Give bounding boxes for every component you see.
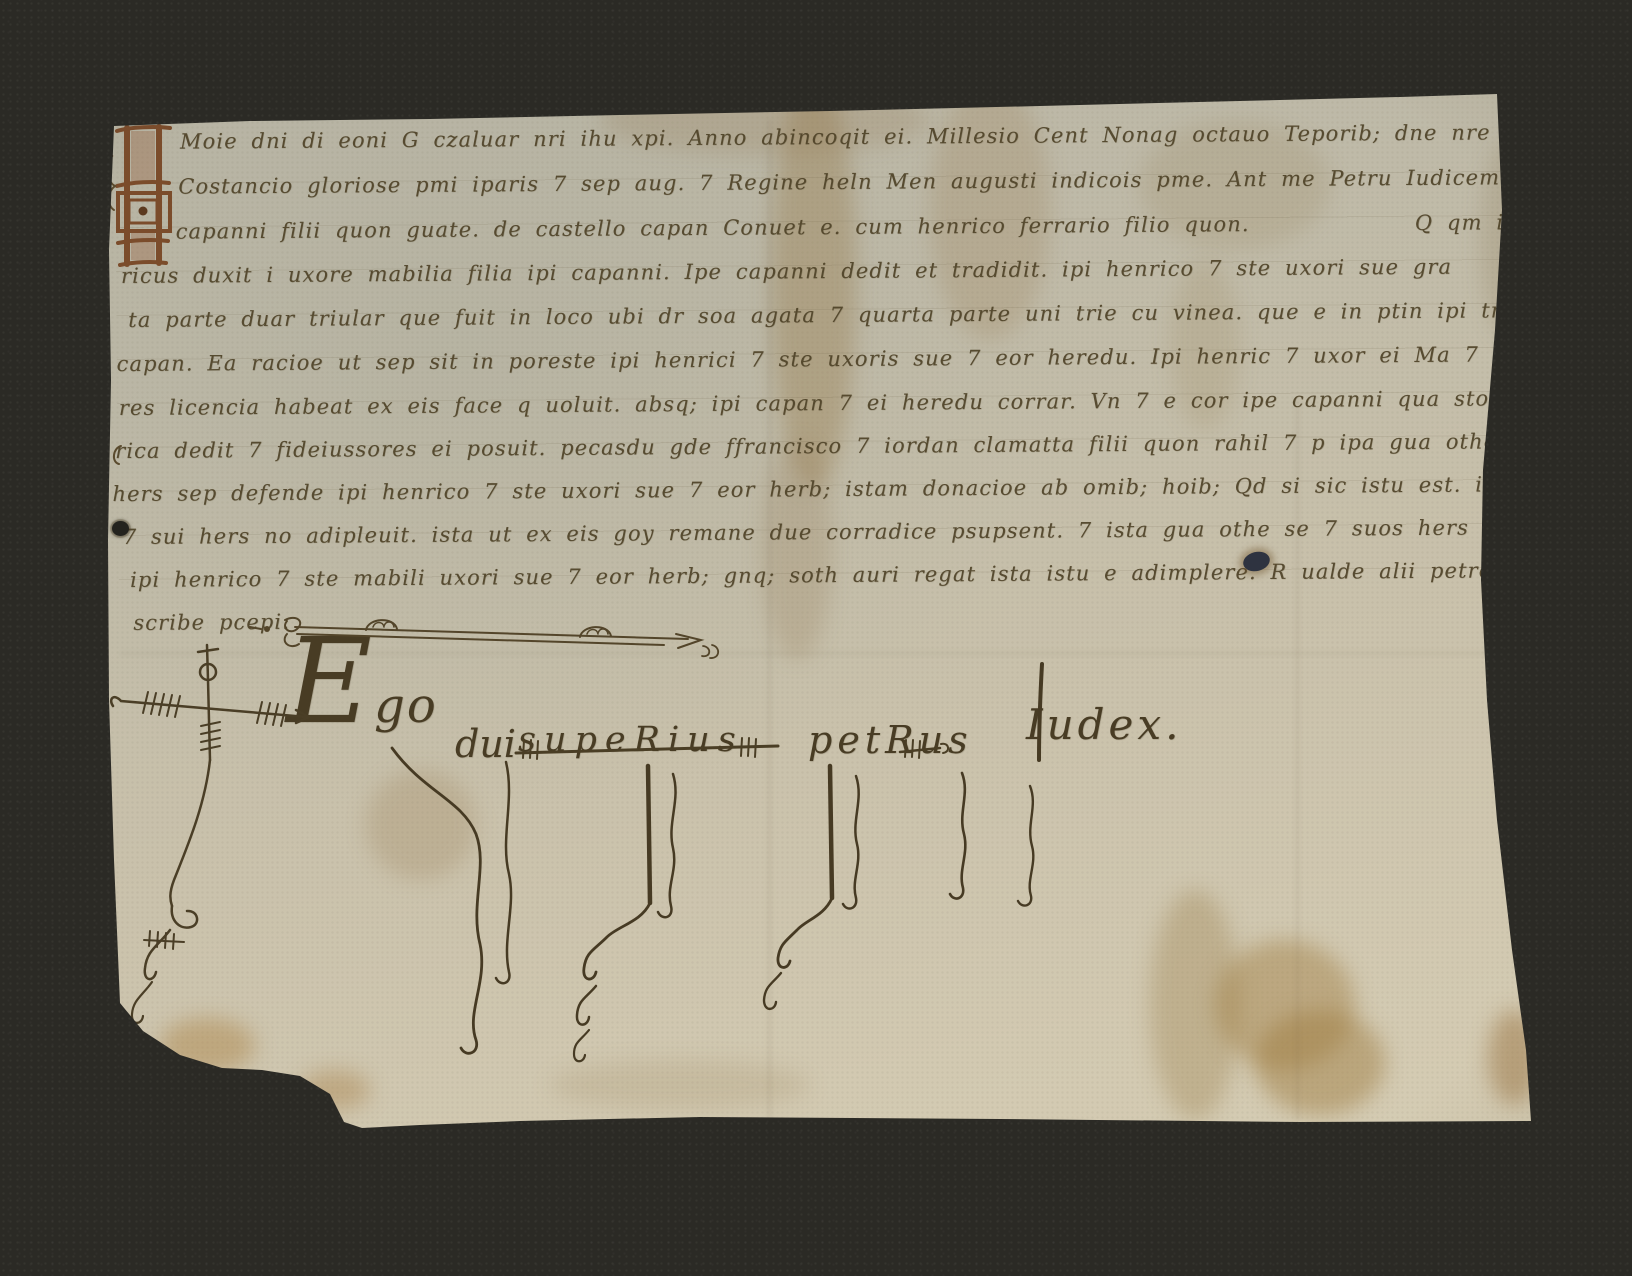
parchment-hole [112, 521, 129, 536]
photo-backdrop: Moie dni di eoni G czaluar nri ihu xpi. … [0, 0, 1632, 1276]
parchment-sheet: Moie dni di eoni G czaluar nri ihu xpi. … [0, 0, 1632, 1276]
parchment-edge-shading [0, 0, 1632, 1276]
